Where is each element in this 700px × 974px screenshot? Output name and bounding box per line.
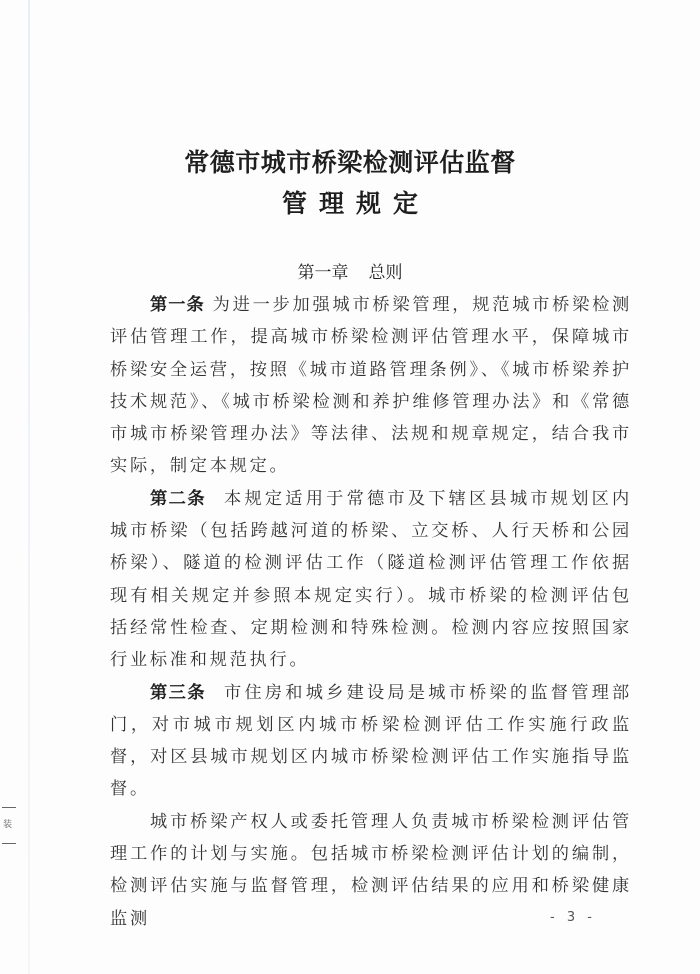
document-title-line-2: 管理规定 <box>0 184 700 220</box>
binding-line-top <box>2 807 16 808</box>
binding-char: 装 <box>3 817 12 830</box>
chapter-name: 总则 <box>369 263 403 283</box>
chapter-heading: 第一章总则 <box>0 258 700 283</box>
article-text: 本规定适用于常德市及下辖区县城市规划区内城市桥梁（包括跨越河道的桥梁、立交桥、人… <box>110 489 632 670</box>
article-3: 第三条市住房和城乡建设局是城市桥梁的监督管理部门，对市城市规划区内城市桥梁检测评… <box>110 677 632 806</box>
chapter-number: 第一章 <box>298 263 349 283</box>
binding-line-bottom <box>2 843 16 844</box>
article-label: 第三条 <box>150 683 206 703</box>
article-label: 第一条 <box>150 295 205 315</box>
article-text: 为进一步加强城市桥梁管理，规范城市桥梁检测评估管理工作，提高城市桥梁检测评估管理… <box>110 295 632 476</box>
article-2: 第二条本规定适用于常德市及下辖区县城市规划区内城市桥梁（包括跨越河道的桥梁、立交… <box>110 483 632 677</box>
article-1: 第一条为进一步加强城市桥梁管理，规范城市桥梁检测评估管理工作，提高城市桥梁检测评… <box>110 289 632 483</box>
binding-mark: 装 <box>0 807 20 847</box>
document-body: 第一条为进一步加强城市桥梁管理，规范城市桥梁检测评估管理工作，提高城市桥梁检测评… <box>110 289 632 935</box>
document-title-line-1: 常德市城市桥梁检测评估监督 <box>0 143 700 179</box>
page-number: - 3 - <box>550 910 610 925</box>
article-label: 第二条 <box>150 489 206 509</box>
